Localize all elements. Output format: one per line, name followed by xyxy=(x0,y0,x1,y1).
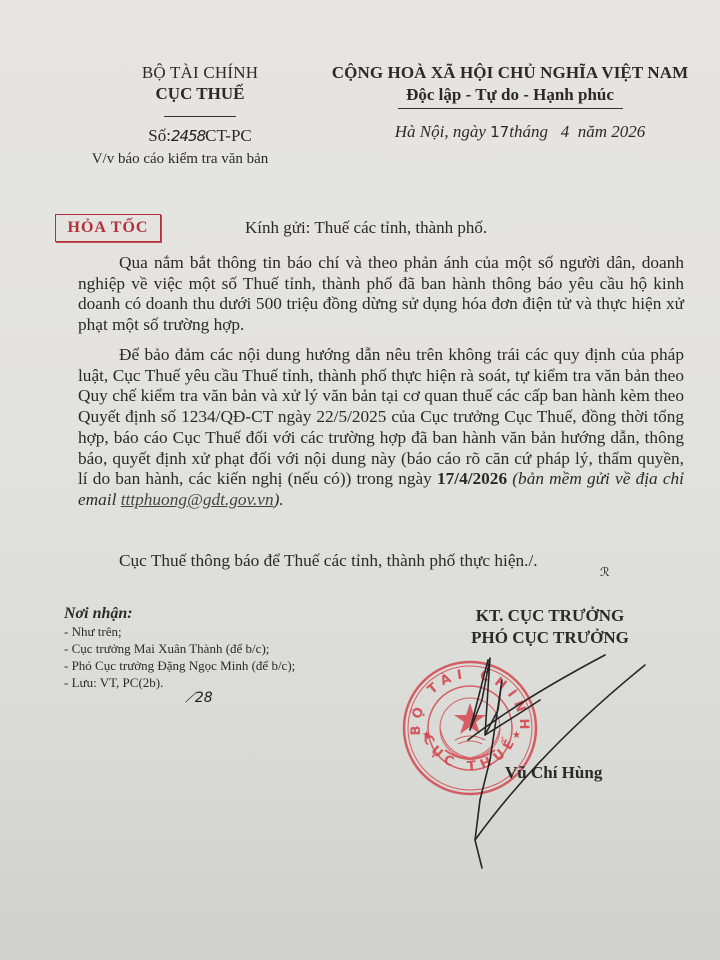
paraph-initials: ℛ xyxy=(600,565,610,579)
paragraph-2-main: Để bảo đảm các nội dung hướng dẫn nêu tr… xyxy=(78,345,684,488)
divider xyxy=(398,108,623,109)
handwritten-initials: ⟋28 xyxy=(185,690,213,706)
recipient-item: - Lưu: VT, PC(2b). xyxy=(64,674,295,691)
document-date: Hà Nội, ngày 17tháng 4 năm 2026 xyxy=(330,121,710,143)
recipient-item: - Cục trưởng Mai Xuân Thành (để b/c); xyxy=(64,640,295,657)
recipients-list: Nơi nhận: - Như trên; - Cục trưởng Mai X… xyxy=(64,605,295,691)
nation-title: CỘNG HOÀ XÃ HỘI CHỦ NGHĨA VIỆT NAM xyxy=(310,62,710,84)
document-number: Số:2458CT-PC xyxy=(60,125,340,147)
paragraph-2: Để bảo đảm các nội dung hướng dẫn nêu tr… xyxy=(78,345,684,511)
doc-number-handwritten: 2458 xyxy=(171,127,205,145)
paragraph-3: Cục Thuế thông báo để Thuế các tỉnh, thà… xyxy=(78,550,684,572)
handwritten-count: 28 xyxy=(195,690,213,706)
date-day: 17 xyxy=(490,123,509,141)
email-link[interactable]: tttphuong@gdt.gov.vn xyxy=(121,490,274,509)
handwritten-signature-icon xyxy=(430,640,690,870)
doc-number-suffix: CT-PC xyxy=(205,126,252,145)
email-note-end: ). xyxy=(274,490,284,509)
issuing-agency-header: BỘ TÀI CHÍNH CỤC THUẾ Số:2458CT-PC V/v b… xyxy=(60,62,340,169)
department-name: CỤC THUẾ xyxy=(60,83,340,104)
date-prefix: Hà Nội, ngày xyxy=(395,122,486,141)
deadline-date: 17/4/2026 xyxy=(437,469,507,488)
date-month-label: tháng xyxy=(509,122,548,141)
recipient-item: - Như trên; xyxy=(64,623,295,640)
recipients-title: Nơi nhận: xyxy=(64,605,295,623)
divider xyxy=(164,116,236,117)
urgent-stamp: HỎA TỐC xyxy=(55,214,161,242)
date-month: 4 xyxy=(561,122,570,141)
recipient-item: - Phó Cục trưởng Đặng Ngọc Minh (để b/c)… xyxy=(64,657,295,674)
paragraph-1: Qua nắm bắt thông tin báo chí và theo ph… xyxy=(78,253,684,336)
national-header: CỘNG HOÀ XÃ HỘI CHỦ NGHĨA VIỆT NAM Độc l… xyxy=(310,62,710,143)
document-subject: V/v báo cáo kiểm tra văn bản xyxy=(20,149,340,169)
greeting: Kính gửi: Thuế các tỉnh, thành phố. xyxy=(245,217,487,239)
ministry-name: BỘ TÀI CHÍNH xyxy=(60,62,340,83)
date-year: năm 2026 xyxy=(578,122,646,141)
doc-number-prefix: Số: xyxy=(148,126,171,145)
signer-authority: KT. CỤC TRƯỞNG xyxy=(450,605,650,627)
national-motto: Độc lập - Tự do - Hạnh phúc xyxy=(310,84,710,106)
